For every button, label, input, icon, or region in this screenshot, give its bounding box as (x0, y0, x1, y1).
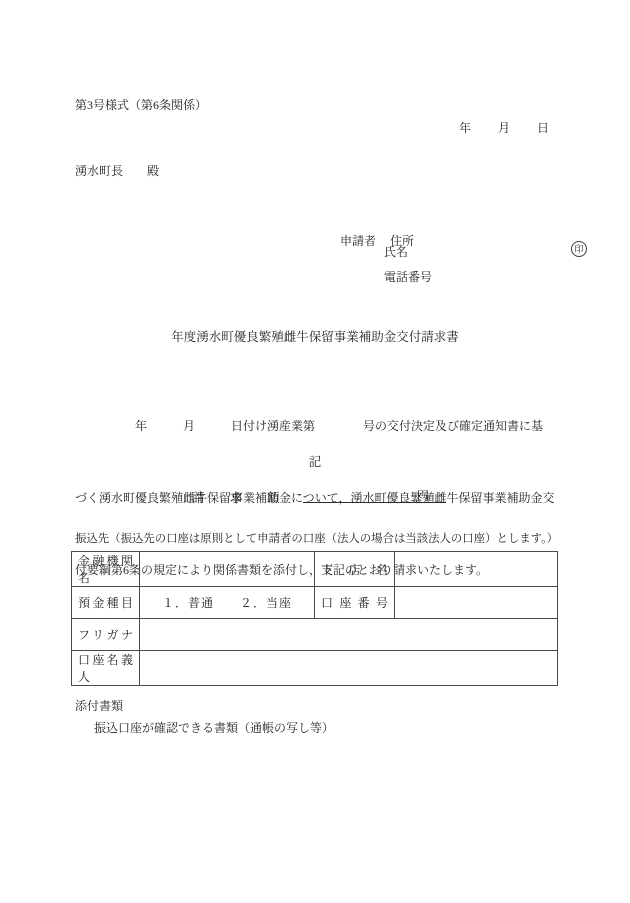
yen-unit-label: 円 (416, 489, 429, 503)
table-row: フリガナ (72, 619, 558, 651)
attachment-item: 振込口座が確認できる書類（通帳の写し等） (94, 719, 334, 736)
account-number-value-cell (395, 587, 558, 619)
body-line: 年 月 日付け湧産業第 号の交付決定及び確定通知書に基 (75, 414, 557, 438)
document-page: { "doc": { "form_number": "第3号様式（第6条関係）"… (0, 0, 630, 903)
account-holder-label-cell: 口座名義人 (72, 651, 140, 686)
attachments-heading: 添付書類 (75, 697, 123, 714)
record-marker: 記 (0, 452, 630, 470)
applicant-label: 申請者 (340, 234, 376, 248)
account-number-label-cell: 口座番号 (315, 587, 395, 619)
furigana-label-cell: フリガナ (72, 619, 140, 651)
seal-icon: 印 (571, 241, 587, 257)
bank-name-label-cell: 金融機関名 (72, 552, 140, 587)
table-row: 口座名義人 (72, 651, 558, 686)
bank-name-value-cell (140, 552, 315, 587)
furigana-value-cell (140, 619, 558, 651)
branch-name-label-cell: 支店名 (315, 552, 395, 587)
transfer-destination-note: 振込先（振込先の口座は原則として申請者の口座（法人の場合は当該法人の口座）としま… (75, 530, 558, 546)
table-row: 金融機関名 支店名 (72, 552, 558, 587)
page-title: 年度湧水町優良繁殖雌牛保留事業補助金交付請求書 (0, 327, 630, 345)
date-line: 年 月 日 (459, 119, 550, 136)
name-label: 氏名 (384, 243, 408, 260)
phone-label: 電話番号 (384, 268, 432, 285)
table-row: 預金種目 １．普通 ２．当座 口座番号 (72, 587, 558, 619)
bank-account-table: 金融機関名 支店名 預金種目 １．普通 ２．当座 口座番号 フリガナ 口座名義人 (71, 551, 558, 686)
deposit-type-label-cell: 預金種目 (72, 587, 140, 619)
branch-name-value-cell (395, 552, 558, 587)
form-number: 第3号様式（第6条関係） (75, 96, 207, 113)
claim-amount-blank: 円 (303, 486, 446, 503)
addressee: 湧水町長 殿 (75, 162, 159, 179)
claim-amount-label: 請 求 額 (192, 488, 280, 506)
account-holder-value-cell (140, 651, 558, 686)
deposit-type-options-cell: １．普通 ２．当座 (140, 587, 315, 619)
